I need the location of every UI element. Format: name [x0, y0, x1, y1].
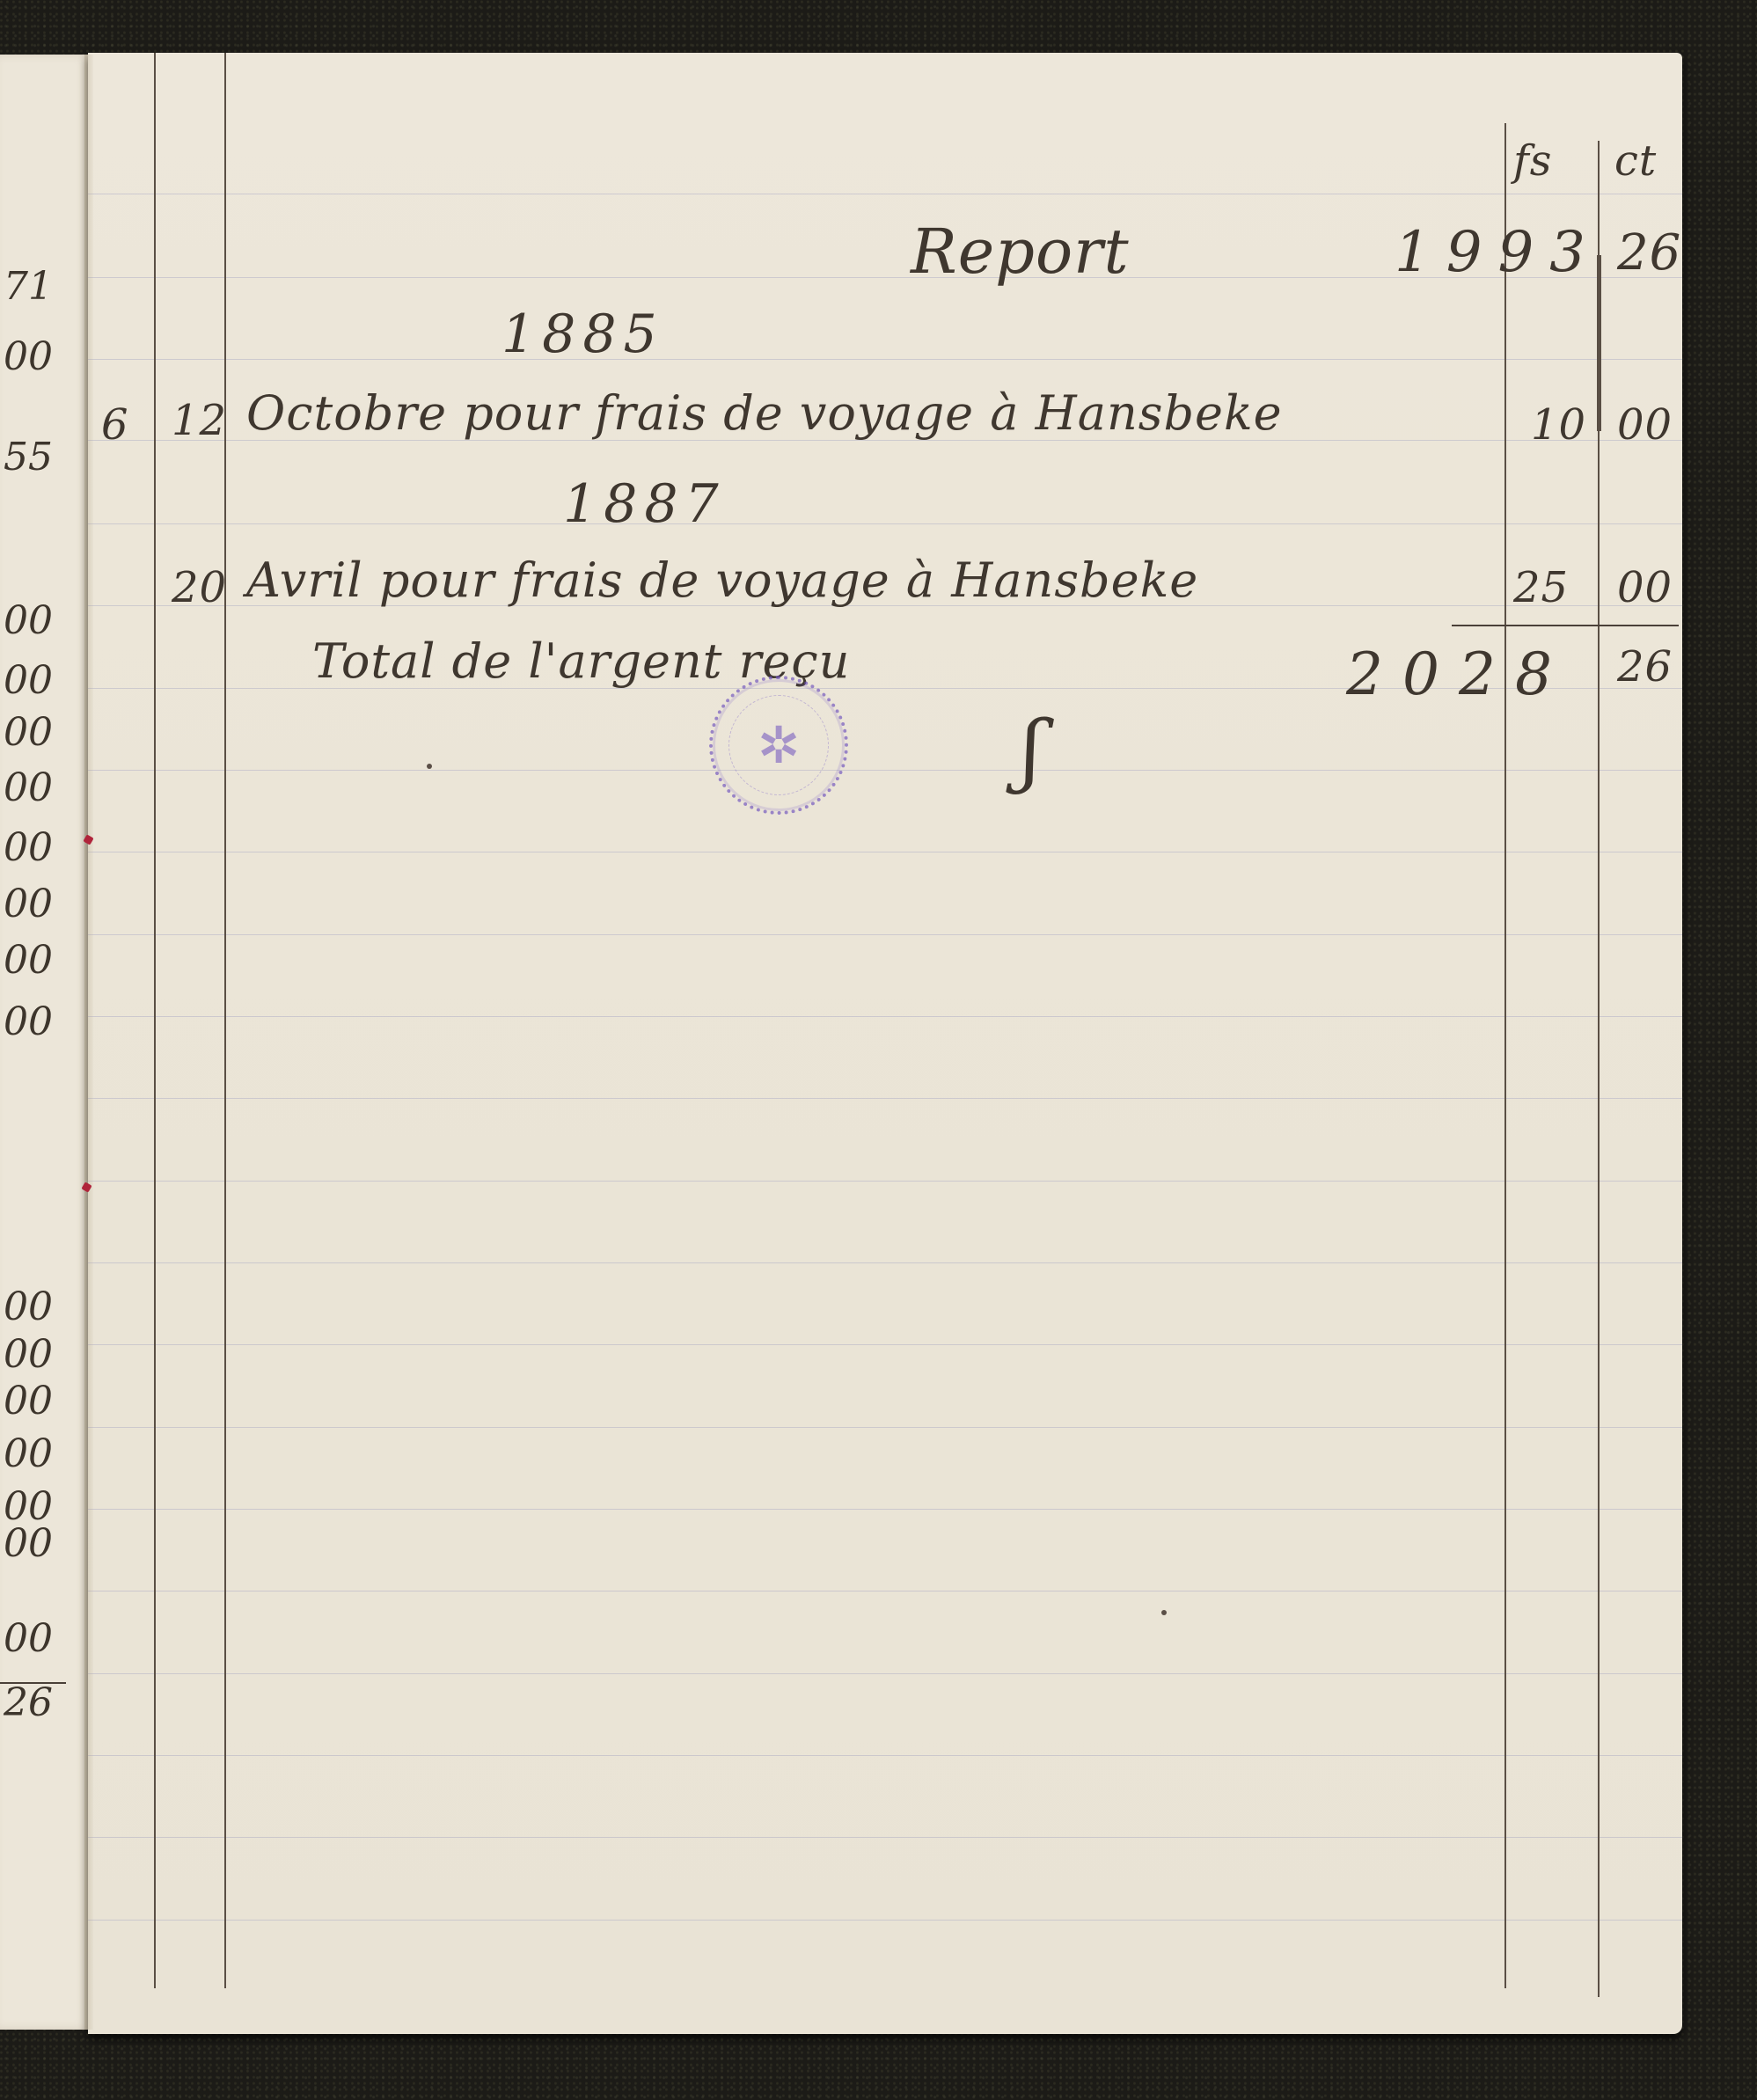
ruled-line: [88, 1427, 1682, 1428]
left-value: 00: [4, 1616, 53, 1661]
left-value: 00: [4, 938, 53, 983]
ruled-line: [88, 1755, 1682, 1756]
left-value: 00: [4, 1431, 53, 1476]
date-column-rule: [154, 53, 156, 1988]
report-label: Report: [911, 216, 1130, 288]
total-sum-line: [1452, 625, 1679, 626]
ruled-line: [88, 770, 1682, 771]
left-value: 00: [4, 882, 53, 926]
total-francs: 2028: [1346, 640, 1571, 708]
report-centimes: 26: [1617, 224, 1681, 282]
left-value: 00: [4, 999, 53, 1044]
ruled-line: [88, 359, 1682, 360]
ruled-line: [88, 1509, 1682, 1510]
entry-centimes: 00: [1617, 400, 1673, 450]
left-total-value: 26: [4, 1680, 53, 1725]
ledger-page: fs ct Report 1993 26 1885 6 12 Octobre p…: [88, 53, 1682, 2034]
year-heading: 1885: [501, 304, 664, 365]
francs-header: fs: [1513, 136, 1552, 186]
ruled-line: [88, 1016, 1682, 1017]
ruled-line: [88, 934, 1682, 935]
ink-dot: [1161, 1610, 1167, 1615]
entry-francs: 10: [1531, 400, 1586, 450]
ruled-line: [88, 1098, 1682, 1099]
ruled-line: [88, 1673, 1682, 1674]
left-value: 00: [4, 598, 53, 643]
left-value: 00: [4, 334, 53, 379]
ruled-line: [88, 1591, 1682, 1591]
centimes-header: ct: [1614, 136, 1657, 186]
total-centimes: 26: [1617, 642, 1673, 691]
entry-centimes: 00: [1617, 563, 1673, 612]
left-value: 55: [4, 435, 53, 479]
left-value: 71: [4, 264, 53, 309]
ruled-line: [88, 1181, 1682, 1182]
left-page-fragment: 71 00 55 00 00 00 00 00 00 00 00 00 00 0…: [0, 55, 90, 2030]
ruled-line: [88, 1262, 1682, 1263]
entry-day: 20: [172, 563, 227, 612]
ruled-line: [88, 523, 1682, 524]
entry-month-number: 6: [101, 400, 129, 450]
entry-francs: 25: [1513, 563, 1569, 612]
entry-description: Avril pour frais de voyage à Hansbeke: [246, 552, 1198, 608]
year-heading: 1887: [563, 473, 726, 535]
ruled-line: [88, 194, 1682, 194]
ruled-line: [88, 1837, 1682, 1838]
signature-mark: ʃ: [1021, 704, 1043, 796]
left-value: 00: [4, 765, 53, 810]
left-value: 00: [4, 710, 53, 755]
left-value: 00: [4, 1379, 53, 1423]
ink-dot: [427, 764, 432, 769]
left-value: 00: [4, 1332, 53, 1377]
report-francs: 1993: [1395, 220, 1601, 285]
stamp-emblem-icon: ✲: [728, 695, 829, 795]
left-value: 00: [4, 825, 53, 870]
violet-ink-stamp: ✲: [709, 676, 848, 815]
ruled-line: [88, 1920, 1682, 1921]
day-column-rule: [224, 53, 226, 1988]
entry-day: 12: [172, 396, 227, 445]
left-value: 00: [4, 1284, 53, 1329]
francs-column-rule: [1504, 123, 1506, 1988]
page-gutter-fold: [84, 55, 93, 2030]
ruled-line: [88, 1344, 1682, 1345]
left-value: 00: [4, 1521, 53, 1566]
entry-description: Octobre pour frais de voyage à Hansbeke: [246, 385, 1283, 441]
ruled-line: [88, 852, 1682, 852]
left-value: 00: [4, 658, 53, 703]
